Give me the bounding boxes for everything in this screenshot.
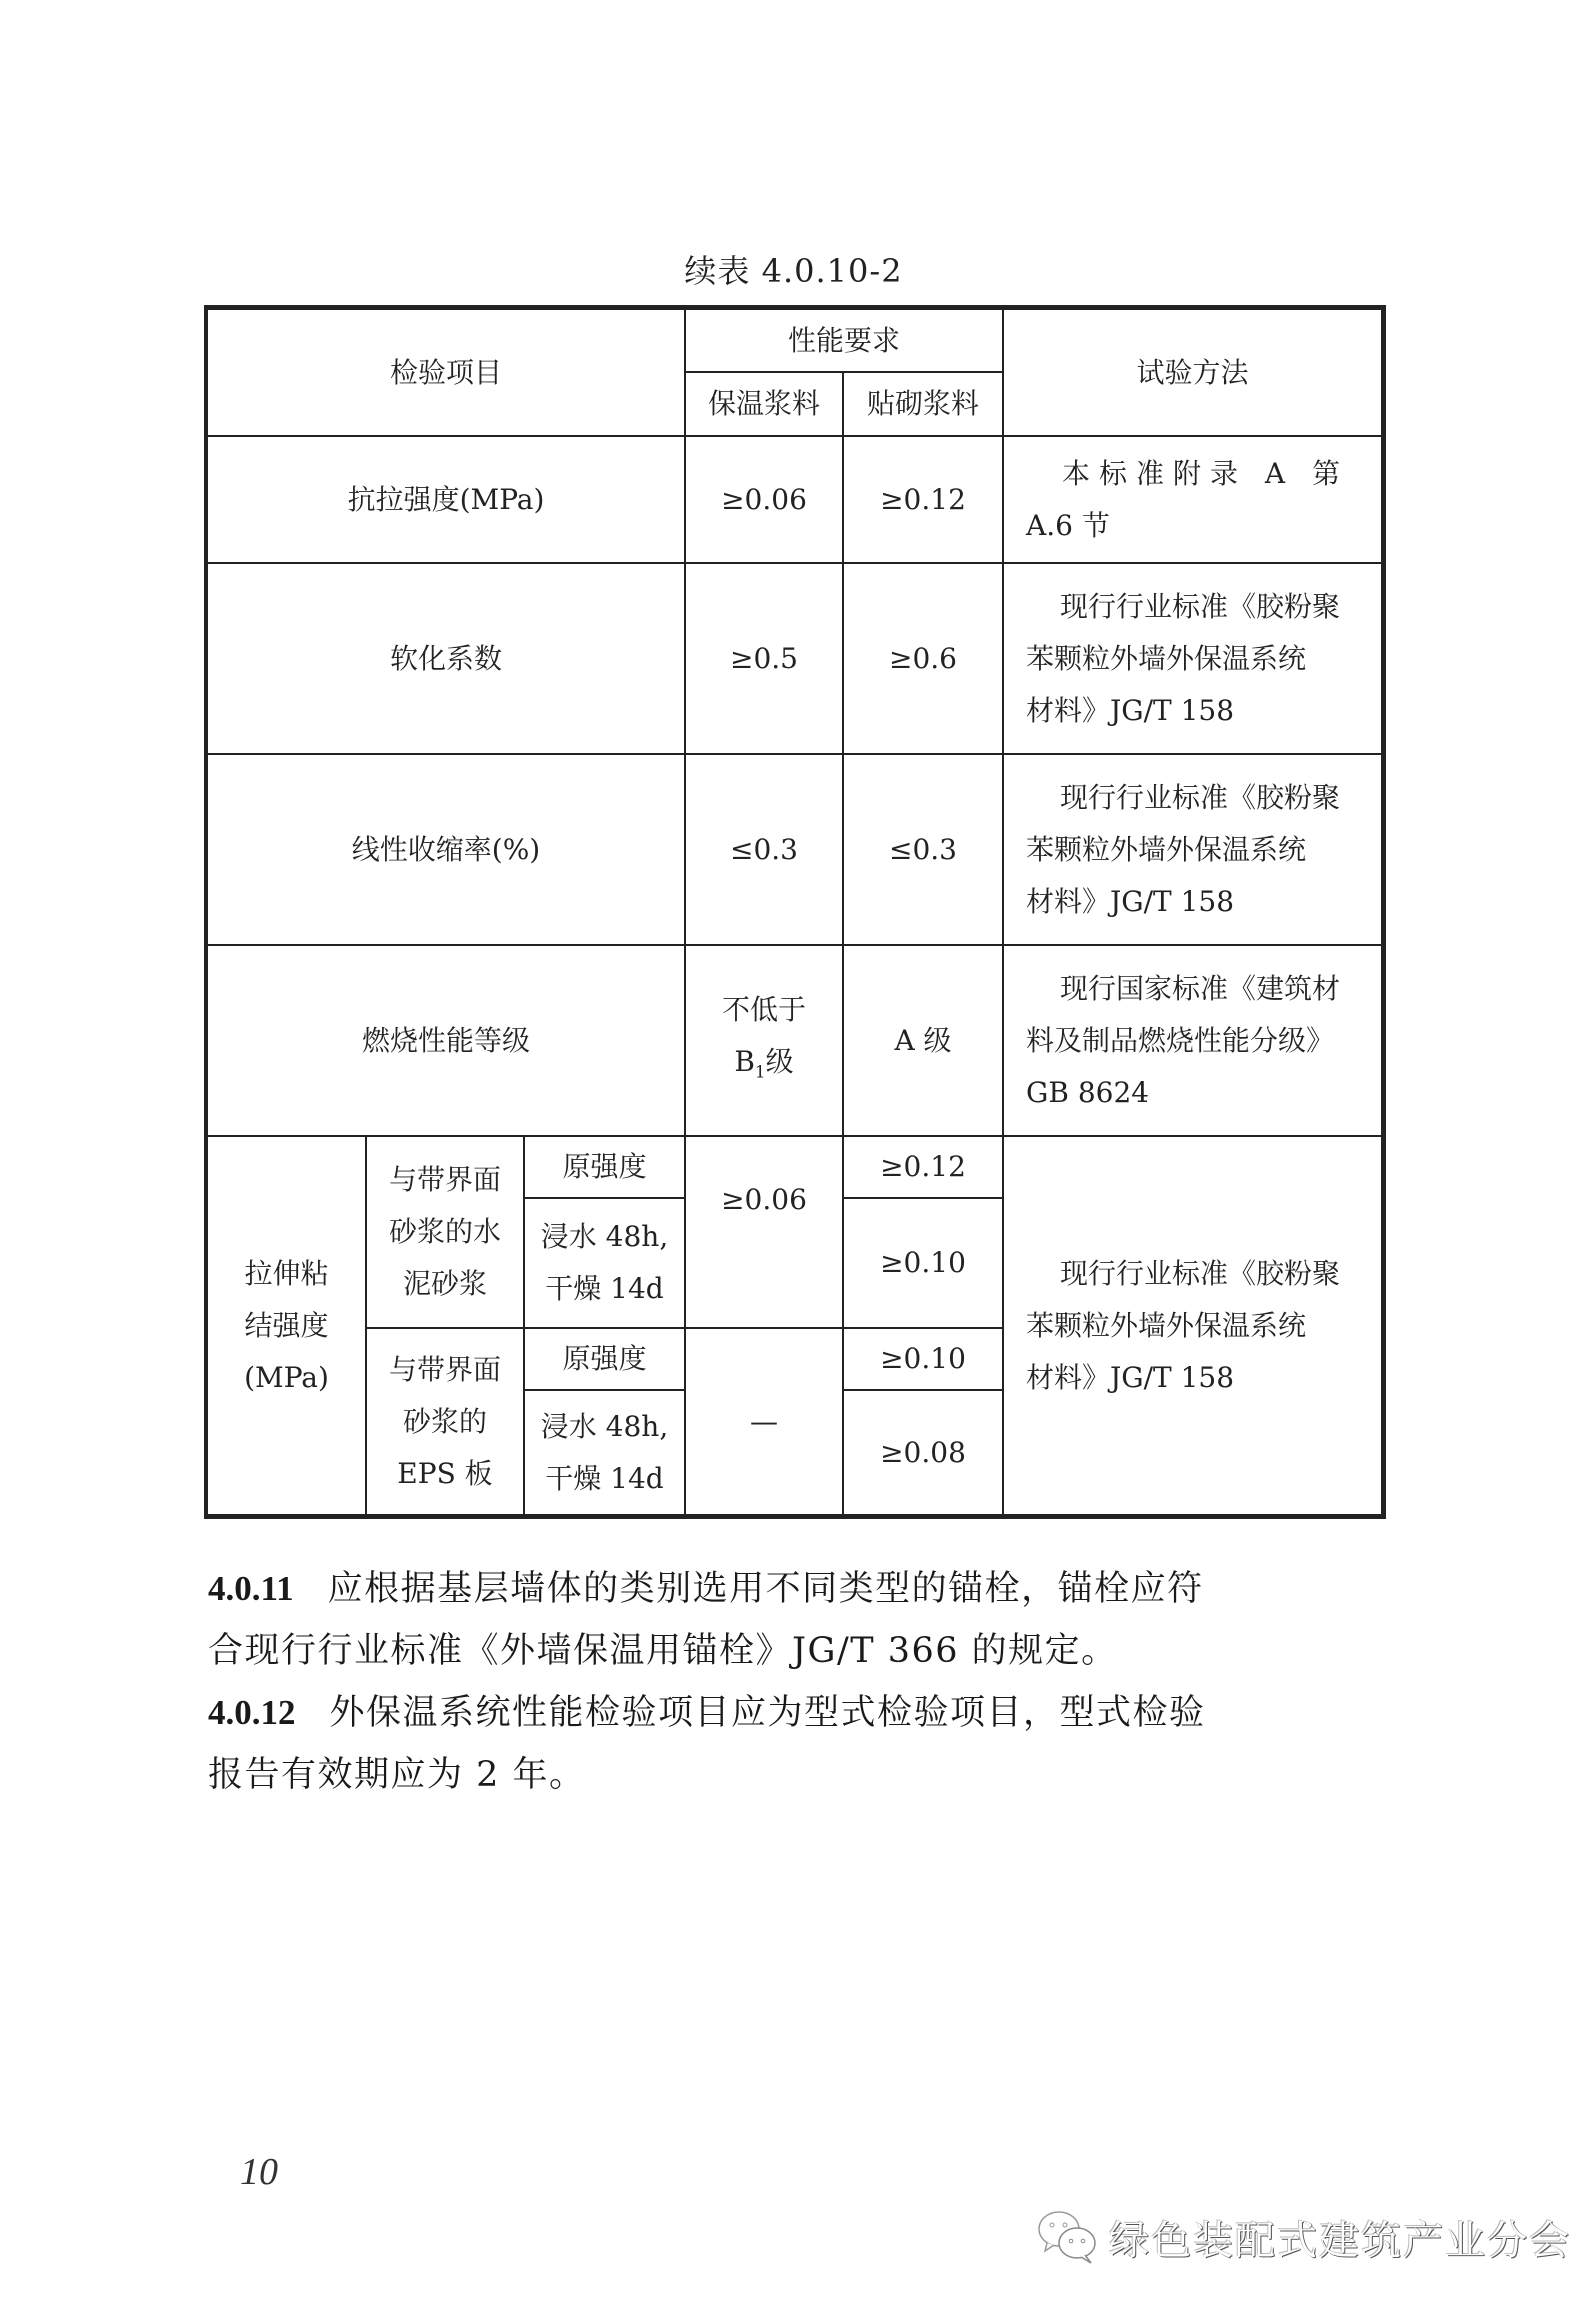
clause-text: 合现行行业标准《外墙保温用锚栓》JG/T 366 的规定。 xyxy=(208,1620,1388,1682)
header-item: 检验项目 xyxy=(208,310,684,435)
header-insulation-mortar: 保温浆料 xyxy=(686,373,842,435)
clause-number: 4.0.11 xyxy=(208,1569,294,1608)
table-caption: 续表 4.0.10-2 xyxy=(0,246,1587,292)
condition-original-strength: 原强度 xyxy=(525,1137,684,1197)
fire-class-subscript: 1 xyxy=(755,1061,766,1081)
substrate-cement-mortar: 与带界面 砂浆的水 泥砂浆 xyxy=(367,1137,523,1327)
condition-line: 浸水 48h, xyxy=(541,1401,668,1453)
watermark: 绿色装配式建筑产业分会 xyxy=(1035,2207,1571,2267)
header-performance: 性能要求 xyxy=(686,310,1002,371)
row-tensile-item: 抗拉强度(MPa) xyxy=(208,437,684,562)
clause-text: 应根据基层墙体的类别选用不同类型的锚栓，锚栓应符 xyxy=(328,1569,1204,1609)
row-fire-bonding: A 级 xyxy=(844,946,1002,1135)
row-shrinkage-bonding: ≤0.3 xyxy=(844,755,1002,944)
method-line: 材料》JG/T 158 xyxy=(1026,1352,1340,1404)
substrate-eps-board: 与带界面 砂浆的 EPS 板 xyxy=(367,1329,523,1514)
row-tensile-insulation: ≥0.06 xyxy=(686,437,842,562)
row-softening-insulation: ≥0.5 xyxy=(686,564,842,753)
condition-line: 浸水 48h, xyxy=(541,1211,668,1263)
condition-original-strength: 原强度 xyxy=(525,1329,684,1389)
method-line: 现行行业标准《胶粉聚 xyxy=(1026,1248,1340,1300)
method-line: 现行国家标准《建筑材 xyxy=(1026,963,1340,1015)
condition-soaked: 浸水 48h, 干燥 14d xyxy=(525,1199,684,1327)
group2-insulation: — xyxy=(686,1329,842,1514)
bond-strength-method: 现行行业标准《胶粉聚 苯颗粒外墙外保温系统 材料》JG/T 158 xyxy=(1004,1137,1381,1514)
substrate-line: 砂浆的 xyxy=(389,1396,501,1448)
watermark-text: 绿色装配式建筑产业分会 xyxy=(1109,2209,1571,2266)
substrate-line: 与带界面 xyxy=(389,1154,501,1206)
group1-insulation: ≥0.06 xyxy=(686,1137,842,1263)
wechat-icon xyxy=(1035,2207,1099,2267)
fire-class-suffix: 级 xyxy=(766,1045,794,1078)
group1-soaked-bonding: ≥0.10 xyxy=(844,1199,1002,1327)
clause-number: 4.0.12 xyxy=(208,1693,296,1732)
condition-soaked: 浸水 48h, 干燥 14d xyxy=(525,1391,684,1514)
condition-line: 干燥 14d xyxy=(541,1453,668,1505)
method-line: 本标准附录 A 第 xyxy=(1026,448,1349,500)
substrate-line: 泥砂浆 xyxy=(389,1258,501,1310)
clause-text: 报告有效期应为 2 年。 xyxy=(208,1744,1388,1806)
method-line: 苯颗粒外墙外保温系统 xyxy=(1026,633,1340,685)
group1-original-bonding: ≥0.12 xyxy=(844,1137,1002,1197)
row-shrinkage-item: 线性收缩率(%) xyxy=(208,755,684,944)
clause-4-0-11: 4.0.11应根据基层墙体的类别选用不同类型的锚栓，锚栓应符 合现行行业标准《外… xyxy=(208,1558,1388,1682)
fire-class-letter: B xyxy=(734,1045,755,1078)
method-line: 料及制品燃烧性能分级》 xyxy=(1026,1015,1340,1067)
row-tensile-method: 本标准附录 A 第 A.6 节 xyxy=(1004,437,1381,562)
method-line: GB 8624 xyxy=(1026,1067,1340,1119)
table-border-bottom xyxy=(204,1514,1386,1519)
row-fire-insulation: 不低于 B1级 xyxy=(686,946,842,1135)
row-softening-item: 软化系数 xyxy=(208,564,684,753)
method-line: 现行行业标准《胶粉聚 xyxy=(1026,772,1340,824)
header-bonding-mortar: 贴砌浆料 xyxy=(844,373,1002,435)
method-line: 材料》JG/T 158 xyxy=(1026,685,1340,737)
substrate-line: 砂浆的水 xyxy=(389,1206,501,1258)
clause-4-0-12: 4.0.12外保温系统性能检验项目应为型式检验项目，型式检验 报告有效期应为 2… xyxy=(208,1682,1388,1806)
page-number: 10 xyxy=(240,2150,278,2194)
group2-soaked-bonding: ≥0.08 xyxy=(844,1391,1002,1514)
fire-insulation-line1: 不低于 xyxy=(722,984,806,1036)
header-test-method: 试验方法 xyxy=(1004,310,1381,435)
bond-strength-item: 拉伸粘 结强度 (MPa) xyxy=(208,1137,365,1514)
method-line: 材料》JG/T 158 xyxy=(1026,876,1340,928)
bond-item-line: (MPa) xyxy=(244,1352,329,1404)
row-softening-bonding: ≥0.6 xyxy=(844,564,1002,753)
substrate-line: 与带界面 xyxy=(389,1344,501,1396)
row-softening-method: 现行行业标准《胶粉聚 苯颗粒外墙外保温系统 材料》JG/T 158 xyxy=(1004,564,1381,753)
row-fire-item: 燃烧性能等级 xyxy=(208,946,684,1135)
row-shrinkage-insulation: ≤0.3 xyxy=(686,755,842,944)
method-line: 苯颗粒外墙外保温系统 xyxy=(1026,824,1340,876)
bond-item-line: 结强度 xyxy=(244,1300,329,1352)
condition-line: 干燥 14d xyxy=(541,1263,668,1315)
row-fire-method: 现行国家标准《建筑材 料及制品燃烧性能分级》 GB 8624 xyxy=(1004,946,1381,1135)
method-line: 现行行业标准《胶粉聚 xyxy=(1026,581,1340,633)
row-tensile-bonding: ≥0.12 xyxy=(844,437,1002,562)
row-shrinkage-method: 现行行业标准《胶粉聚 苯颗粒外墙外保温系统 材料》JG/T 158 xyxy=(1004,755,1381,944)
table-border-right xyxy=(1381,305,1386,1519)
group2-original-bonding: ≥0.10 xyxy=(844,1329,1002,1389)
substrate-line: EPS 板 xyxy=(389,1448,501,1500)
clause-text: 外保温系统性能检验项目应为型式检验项目，型式检验 xyxy=(330,1693,1206,1733)
fire-insulation-line2: B1级 xyxy=(722,1036,806,1098)
bond-item-line: 拉伸粘 xyxy=(244,1248,329,1300)
method-line: A.6 节 xyxy=(1026,500,1349,552)
method-line: 苯颗粒外墙外保温系统 xyxy=(1026,1300,1340,1352)
